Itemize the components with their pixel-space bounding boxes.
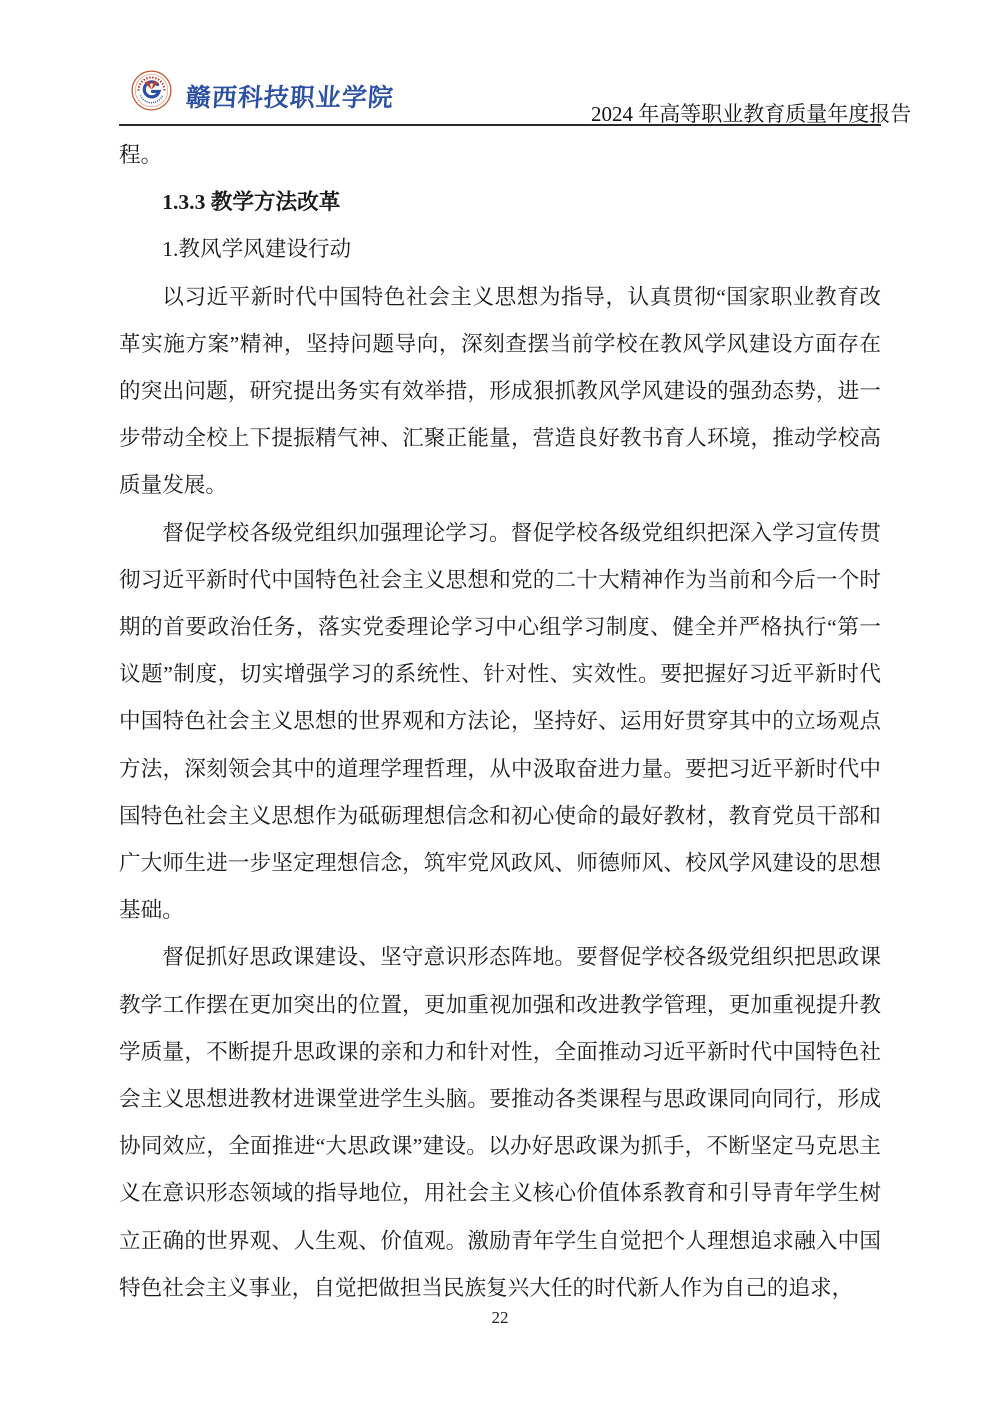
school-name: 赣西科技职业学院 <box>185 78 396 114</box>
subsection-heading: 1.教风学风建设行动 <box>119 226 881 273</box>
school-logo <box>131 70 172 111</box>
page-header: 赣西科技职业学院 2024 年高等职业教育质量年度报告 <box>0 0 1000 130</box>
document-body: 程。 1.3.3 教学方法改革 1.教风学风建设行动 以习近平新时代中国特色社会… <box>119 132 881 1312</box>
paragraph: 以习近平新时代中国特色社会主义思想为指导，认真贯彻“国家职业教育改革实施方案”精… <box>119 274 881 510</box>
section-heading: 1.3.3 教学方法改革 <box>119 179 881 226</box>
page-number: 22 <box>0 1308 1000 1328</box>
header-rule <box>119 124 881 126</box>
continuation-text: 程。 <box>119 132 881 179</box>
paragraph: 督促学校各级党组织加强理论学习。督促学校各级党组织把深入学习宣传贯彻习近平新时代… <box>119 510 881 935</box>
paragraph: 督促抓好思政课建设、坚守意识形态阵地。要督促学校各级党组织把思政课教学工作摆在更… <box>119 934 881 1312</box>
school-seal-icon <box>131 70 172 111</box>
